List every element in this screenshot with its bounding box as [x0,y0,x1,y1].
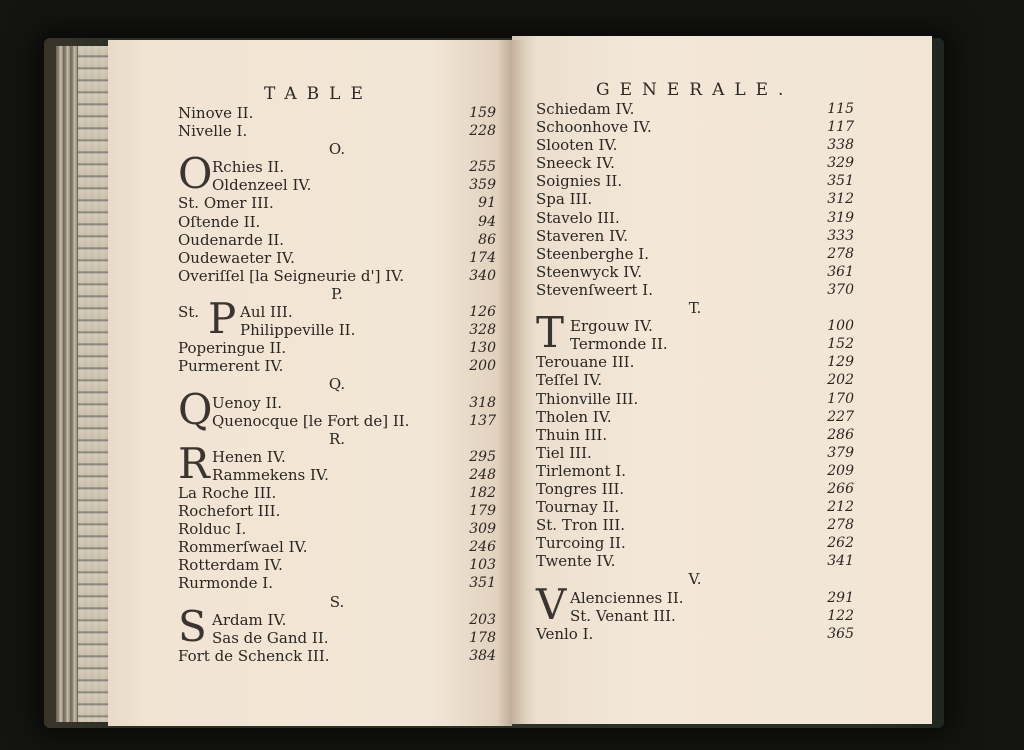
section-letter: T. [536,299,854,317]
index-entry: La Roche III.182 [178,484,496,502]
index-entry: Spa III.312 [536,190,854,208]
entry-page-number: 122 [827,607,854,625]
entry-page-number: 291 [827,589,854,607]
entry-name: Ninove II. [178,104,253,122]
entry-page-number: 384 [469,647,496,665]
entry-page-number: 170 [827,390,854,408]
entry-name: Oudenarde II. [178,231,284,249]
entry-name: Spa III. [536,190,592,208]
index-entry: Tholen IV.227 [536,408,854,426]
index-entry: Terouane III.129 [536,353,854,371]
index-entry: Rotterdam IV.103 [178,556,496,574]
entry-page-number: 103 [469,556,496,574]
entry-name: Tiel III. [536,444,592,462]
entry-page-number: 333 [827,227,854,245]
entry-name: Terouane III. [536,353,634,371]
index-entry: Steenberghe I.278 [536,245,854,263]
entry-page-number: 359 [469,176,496,194]
index-entry: Overiſſel [la Seigneurie d'] IV.340 [178,267,496,285]
entry-name: Stevenſweert I. [536,281,653,299]
entry-name: Schoonhove IV. [536,118,652,136]
entry-name: Rammekens IV. [178,466,329,484]
entry-page-number: 262 [827,534,854,552]
index-entry: Schoonhove IV.117 [536,118,854,136]
entry-name: Thionville III. [536,390,638,408]
index-entry: Termonde II.152 [536,335,854,353]
entry-page-number: 319 [827,209,854,227]
index-entry: Philippeville II.328 [178,321,496,339]
index-entry: Fort de Schenck III.384 [178,647,496,665]
entry-page-number: 117 [827,118,854,136]
index-entry: Rommerſwael IV.246 [178,538,496,556]
entry-name: Rochefort III. [178,502,280,520]
entry-page-number: 178 [469,629,496,647]
entry-page-number: 379 [827,444,854,462]
entry-name: Rolduc I. [178,520,246,538]
index-entry: Teſſel IV.202 [536,371,854,389]
index-entry: Quenocque [le Fort de] II.137 [178,412,496,430]
index-entry: Rammekens IV.248 [178,466,496,484]
index-entry: Tournay II.212 [536,498,854,516]
entry-page-number: 266 [827,480,854,498]
index-entry: Steenwyck IV.361 [536,263,854,281]
left-page: TABLE Ninove II.159Nivelle I.228O.ORchie… [108,40,512,726]
index-entry: Rurmonde I.351 [178,574,496,592]
entry-page-number: 341 [827,552,854,570]
entry-page-number: 228 [469,122,496,140]
entry-page-number: 351 [469,574,496,592]
entry-name: Oudewaeter IV. [178,249,295,267]
entry-prefix: St. [178,303,199,321]
entry-name: Termonde II. [536,335,668,353]
index-entry: Stevenſweert I.370 [536,281,854,299]
index-entry: Tirlemont I.209 [536,462,854,480]
entry-page-number: 365 [827,625,854,643]
entry-page-number: 200 [469,357,496,375]
entry-name: Stavelo III. [536,209,620,227]
entry-name: Fort de Schenck III. [178,647,330,665]
running-head-left: TABLE [264,84,373,104]
entry-name: Twente IV. [536,552,615,570]
section-letter-text: T. [689,299,702,317]
entry-page-number: 100 [827,317,854,335]
page-edge-stack [78,46,108,722]
index-entry: Nivelle I.228 [178,122,496,140]
entry-page-number: 209 [827,462,854,480]
entry-name: Tongres III. [536,480,624,498]
index-entry: Purmerent IV.200 [178,357,496,375]
index-entry: Oldenzeel IV.359 [178,176,496,194]
entry-page-number: 286 [827,426,854,444]
section-letter-text: P. [331,285,343,303]
section-letter-text: Q. [329,375,345,393]
entry-page-number: 94 [478,213,496,231]
entry-name: St. Omer III. [178,194,274,212]
index-entry: Rolduc I.309 [178,520,496,538]
entry-name: Philippeville II. [178,321,355,339]
entry-name: Oſtende II. [178,213,260,231]
entry-page-number: 246 [469,538,496,556]
index-entry: Oſtende II.94 [178,213,496,231]
entry-page-number: 137 [469,412,496,430]
index-entry: Sas de Gand II.178 [178,629,496,647]
index-entry: Oudenarde II.86 [178,231,496,249]
entry-name: Rurmonde I. [178,574,273,592]
index-entry: Thionville III.170 [536,390,854,408]
entry-page-number: 227 [827,408,854,426]
entry-page-number: 318 [469,394,496,412]
entry-page-number: 338 [827,136,854,154]
entry-name: St. Tron III. [536,516,625,534]
entry-page-number: 351 [827,172,854,190]
entry-name: Tholen IV. [536,408,612,426]
index-entry: VAlenciennes II.291 [536,589,854,607]
section-letter: R. [178,430,496,448]
entry-page-number: 361 [827,263,854,281]
index-entry: RHenen IV.295 [178,448,496,466]
entry-name: Tirlemont I. [536,462,626,480]
index-entry: Ninove II.159 [178,104,496,122]
index-entry: SArdam IV.203 [178,611,496,629]
entry-page-number: 328 [469,321,496,339]
entry-page-number: 174 [469,249,496,267]
entry-page-number: 340 [469,267,496,285]
index-entry: QUenoy II.318 [178,394,496,412]
entry-name: St. Venant III. [536,607,676,625]
entry-page-number: 126 [469,303,496,321]
page-edges [56,46,108,722]
entry-name: Quenocque [le Fort de] II. [178,412,409,430]
entry-page-number: 182 [469,484,496,502]
section-letter-text: R. [329,430,345,448]
entry-name: Oldenzeel IV. [178,176,311,194]
index-entry: Stavelo III.319 [536,209,854,227]
entry-name: Poperingue II. [178,339,286,357]
index-entry: Oudewaeter IV.174 [178,249,496,267]
index-entry: Venlo I.365 [536,625,854,643]
section-letter: S. [178,593,496,611]
running-head-right: GENERALE. [596,80,793,100]
entry-page-number: 129 [827,353,854,371]
section-letter: O. [178,140,496,158]
right-page: GENERALE. Schiedam IV.115Schoonhove IV.1… [512,36,932,724]
index-entry: TErgouw IV.100 [536,317,854,335]
index-entry: St. Tron III.278 [536,516,854,534]
entry-name: Thuin III. [536,426,607,444]
entry-page-number: 255 [469,158,496,176]
index-entry: Tongres III.266 [536,480,854,498]
entry-page-number: 295 [469,448,496,466]
entry-page-number: 179 [469,502,496,520]
entry-page-number: 130 [469,339,496,357]
entry-name: Steenberghe I. [536,245,649,263]
entry-page-number: 212 [827,498,854,516]
index-entries-left: Ninove II.159Nivelle I.228O.ORchies II.2… [178,104,496,665]
section-letter-text: V. [689,570,702,588]
index-entry: Twente IV.341 [536,552,854,570]
entry-name: Rotterdam IV. [178,556,283,574]
entry-page-number: 329 [827,154,854,172]
index-entry: Rochefort III.179 [178,502,496,520]
section-letter-text: S. [330,593,345,611]
entry-name: Steenwyck IV. [536,263,642,281]
index-entry: Staveren IV.333 [536,227,854,245]
index-entry: Tiel III.379 [536,444,854,462]
entry-page-number: 278 [827,245,854,263]
entry-page-number: 115 [827,100,854,118]
entry-name: La Roche III. [178,484,276,502]
index-entry: Poperingue II.130 [178,339,496,357]
index-entry: St.PAul III.126 [178,303,496,321]
index-entry: ORchies II.255 [178,158,496,176]
entry-name: Slooten IV. [536,136,617,154]
index-entry: Schiedam IV.115 [536,100,854,118]
entry-page-number: 91 [478,194,496,212]
entry-name: Overiſſel [la Seigneurie d'] IV. [178,267,404,285]
entry-name: Soignies II. [536,172,622,190]
entry-name: Turcoing II. [536,534,626,552]
index-entry: St. Venant III.122 [536,607,854,625]
section-letter-text: O. [329,140,345,158]
entry-page-number: 312 [827,190,854,208]
index-entry: St. Omer III.91 [178,194,496,212]
entry-name: Sneeck IV. [536,154,615,172]
entry-name: Tournay II. [536,498,619,516]
entry-page-number: 203 [469,611,496,629]
index-entry: Thuin III.286 [536,426,854,444]
section-letter: Q. [178,375,496,393]
entry-page-number: 278 [827,516,854,534]
entry-page-number: 370 [827,281,854,299]
entry-name: Schiedam IV. [536,100,634,118]
section-letter: V. [536,570,854,588]
entry-name: Rommerſwael IV. [178,538,308,556]
entry-name: Nivelle I. [178,122,247,140]
index-entries-right: Schiedam IV.115Schoonhove IV.117Slooten … [536,100,854,643]
index-entry: Turcoing II.262 [536,534,854,552]
entry-name: Venlo I. [536,625,593,643]
entry-name: Staveren IV. [536,227,628,245]
entry-name: Purmerent IV. [178,357,283,375]
entry-name: Sas de Gand II. [178,629,329,647]
index-entry: Sneeck IV.329 [536,154,854,172]
entry-page-number: 202 [827,371,854,389]
entry-page-number: 159 [469,104,496,122]
entry-page-number: 248 [469,466,496,484]
entry-page-number: 152 [827,335,854,353]
entry-page-number: 86 [478,231,496,249]
entry-name: Teſſel IV. [536,371,602,389]
index-entry: Slooten IV.338 [536,136,854,154]
index-entry: Soignies II.351 [536,172,854,190]
entry-page-number: 309 [469,520,496,538]
